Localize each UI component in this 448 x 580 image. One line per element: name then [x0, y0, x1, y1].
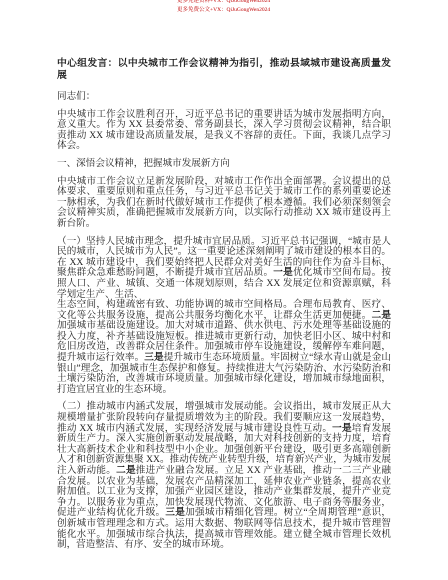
paragraph: （二）推动城市内涵式发展，增强城市发展动能。会议指出，城市发展正从大规模增量扩张… [57, 402, 391, 550]
document-content: 中心组发言：以中央城市工作会议精神为指引，推动县域城市建设高质量发展 同志们：中… [57, 58, 391, 558]
watermark-line-1: 更多党建资料+VX：QiJuGongWen2024 [177, 0, 270, 6]
section-heading: 一、深悟会议精神，把握城市发展新方向 [57, 159, 391, 170]
watermark-line-2: 更多免费公文+VX：QiJuGongWen2024 [177, 6, 270, 15]
paragraph: 中央城市工作会议胜利召开，习近平总书记的重要讲话为城市发展指明方向，意义重大。作… [57, 110, 391, 152]
watermark: 更多党建资料+VX：QiJuGongWen2024 更多免费公文+VX：QiJu… [177, 0, 270, 14]
paragraph: （一）坚持人民城市理念，提升城市宜居品质。习近平总书记强调，“城市是人民的城市，… [57, 237, 391, 396]
document-body: 同志们：中央城市工作会议胜利召开，习近平总书记的重要讲话为城市发展指明方向，意义… [57, 92, 391, 551]
document-title: 中心组发言：以中央城市工作会议精神为指引，推动县域城市建设高质量发展 [57, 58, 391, 82]
paragraph: 中央城市工作会议立足新发展阶段，对城市工作作出全面部署。会议提出的总体要求、重要… [57, 177, 391, 230]
document-page: 更多党建资料+VX：QiJuGongWen2024 更多免费公文+VX：QiJu… [0, 0, 448, 580]
paragraph: 同志们： [57, 92, 391, 103]
